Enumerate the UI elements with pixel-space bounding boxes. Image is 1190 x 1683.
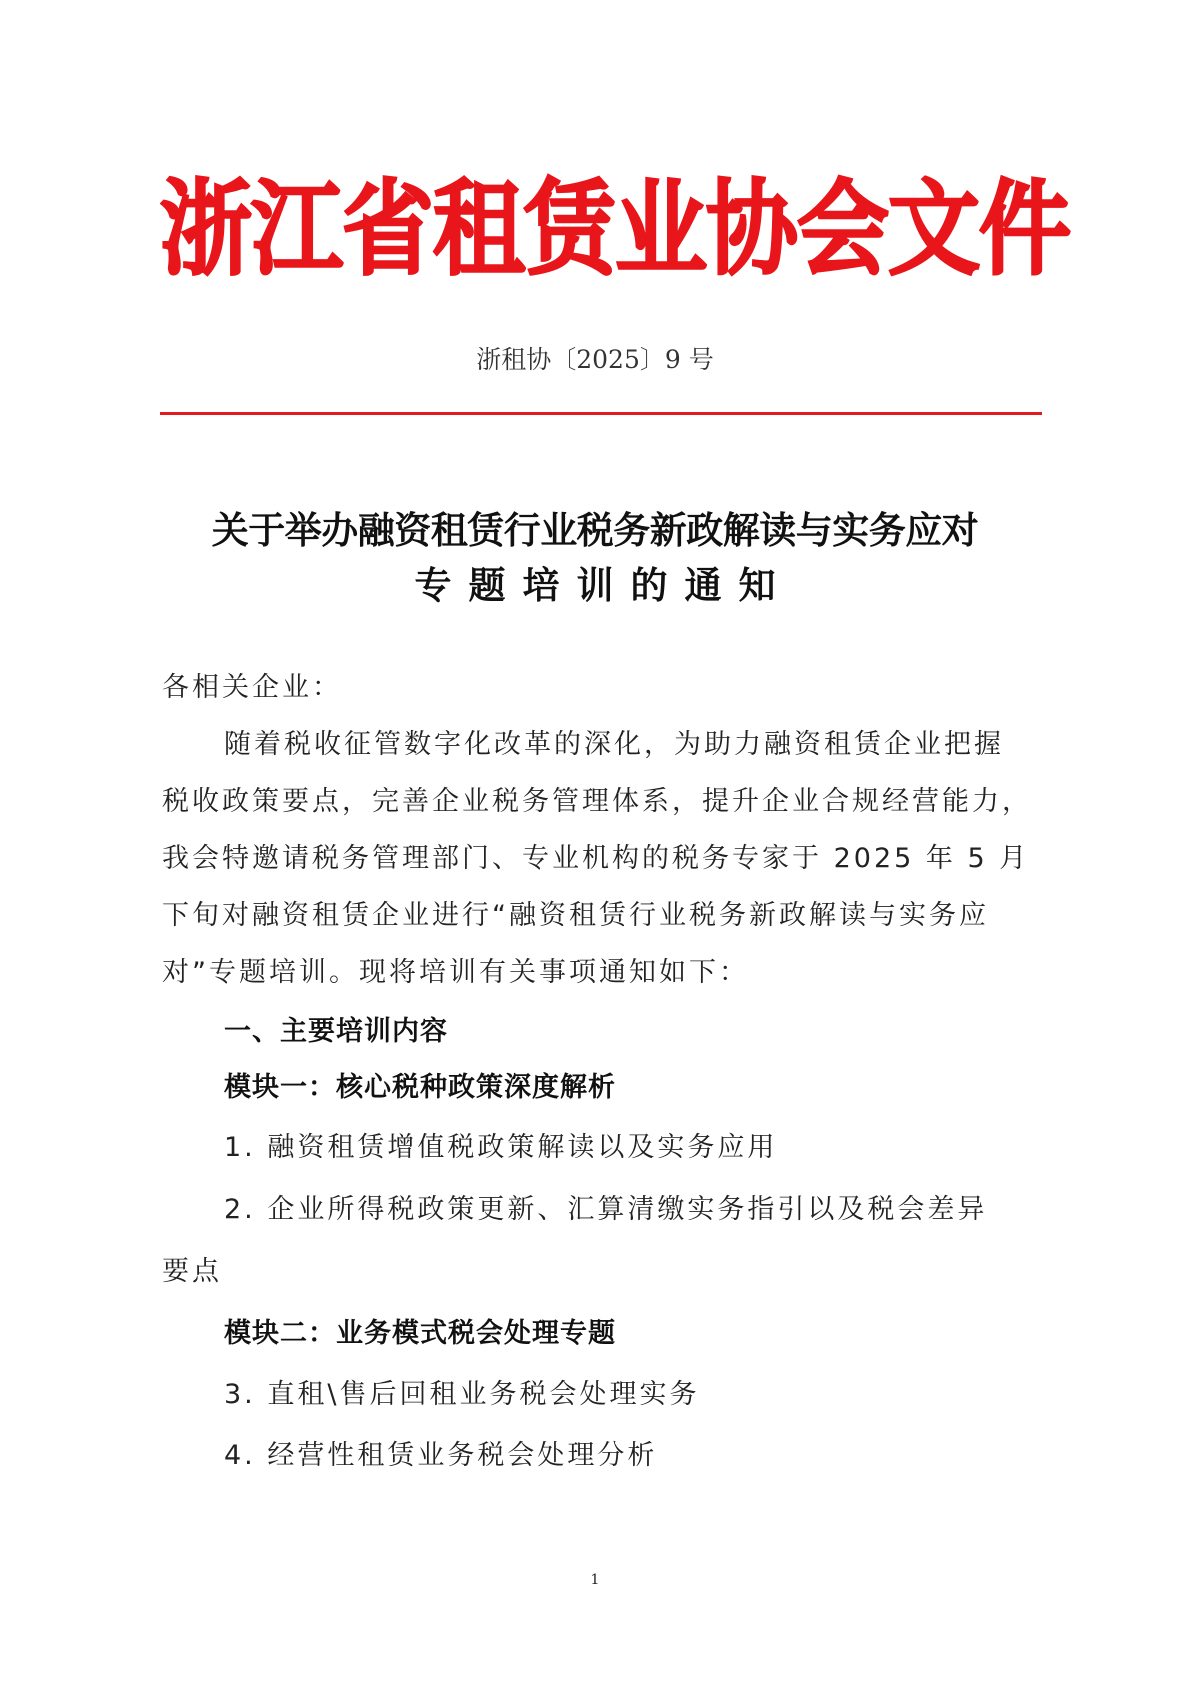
module-2-item-3: 3. 直租\售后回租业务税会处理实务 (224, 1375, 699, 1415)
red-divider (160, 412, 1042, 415)
salutation: 各相关企业： (162, 668, 342, 708)
page-number: 1 (0, 1572, 1190, 1588)
intro-line-4: 下旬对融资租赁企业进行“融资租赁行业税务新政解读与实务应 (162, 896, 989, 936)
module-2-heading: 模块二：业务模式税会处理专题 (224, 1314, 616, 1354)
module-2-item-4: 4. 经营性租赁业务税会处理分析 (224, 1436, 657, 1476)
intro-line-5: 对”专题培训。现将培训有关事项通知如下： (162, 953, 749, 993)
module-1-item-2: 2. 企业所得税政策更新、汇算清缴实务指引以及税会差异 (224, 1190, 987, 1230)
module-1-item-2-continued: 要点 (162, 1252, 222, 1292)
intro-line-2: 税收政策要点，完善企业税务管理体系，提升企业合规经营能力， (162, 782, 1032, 822)
notice-title-line-1: 关于举办融资租赁行业税务新政解读与实务应对 (0, 505, 1190, 555)
intro-line-3: 我会特邀请税务管理部门、专业机构的税务专家于 2025 年 5 月 (162, 839, 1029, 879)
module-1-heading: 模块一：核心税种政策深度解析 (224, 1068, 616, 1108)
module-1-item-1: 1. 融资租赁增值税政策解读以及实务应用 (224, 1128, 777, 1168)
org-document-title: 浙江省租赁业协会文件 (160, 168, 1000, 291)
notice-title-line-2: 专题培训的通知 (0, 560, 1190, 610)
document-number: 浙租协〔2025〕9 号 (0, 343, 1190, 377)
section-1-heading: 一、主要培训内容 (224, 1012, 448, 1052)
intro-line-1: 随着税收征管数字化改革的深化，为助力融资租赁企业把握 (224, 725, 1004, 765)
